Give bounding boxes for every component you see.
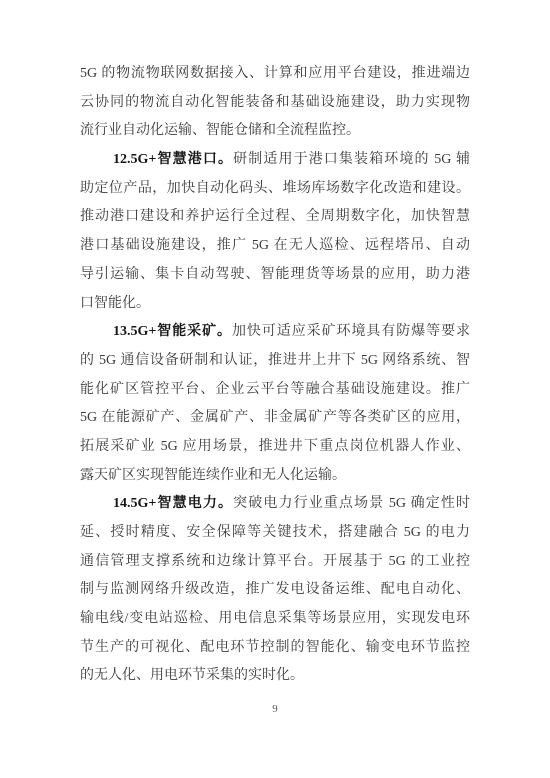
- text-line: 云协同的物流自动化智能装备和基础设施建设，助力实现物: [80, 89, 470, 118]
- text-line: 推动港口建设和养护运行全过程、全周期数字化，加快智慧: [80, 203, 470, 232]
- text-line: 5G 在能源矿产、金属矿产、非金属矿产等各类矿区的应用，: [80, 404, 470, 433]
- paragraph: 12.5G+智慧港口。研制适用于港口集装箱环境的 5G 辅助定位产品，加快自动化…: [80, 146, 470, 318]
- line-text: 云协同的物流自动化智能装备和基础设施建设，助力实现物: [80, 95, 470, 110]
- line-text: 推动港口建设和养护运行全过程、全周期数字化，加快智慧: [80, 209, 470, 224]
- text-line: 延、授时精度、安全保障等关键技术，搭建融合 5G 的电力: [80, 519, 470, 548]
- text-line: 港口基础设施建设，推广 5G 在无人巡检、远程塔吊、自动: [80, 232, 470, 261]
- text-line: 能化矿区管控平台、企业云平台等融合基础设施建设。推广: [80, 376, 470, 405]
- line-text: 研制适用于港口集装箱环境的 5G 辅: [233, 152, 470, 167]
- line-text: 通信管理支撑系统和边缘计算平台。开展基于 5G 的工业控: [80, 554, 470, 569]
- line-text: 的无人化、用电环节采集的实时化。: [80, 668, 304, 683]
- line-text: 口智能化。: [80, 296, 150, 311]
- text-line: 制与监测网络升级改造，推广发电设备运维、配电自动化、: [80, 576, 470, 605]
- line-text: 导引运输、集卡自动驾驶、智能理货等场景的应用，助力港: [80, 267, 470, 282]
- line-text: 节生产的可视化、配电环节控制的智能化、输变电环节监控: [80, 640, 470, 655]
- line-text: 突破电力行业重点场景 5G 确定性时: [233, 496, 470, 511]
- line-text: 助定位产品，加快自动化码头、堆场库场数字化改造和建设。: [80, 181, 470, 196]
- line-text: 5G 的物流物联网数据接入、计算和应用平台建设，推进端边: [80, 66, 470, 81]
- line-text: 能化矿区管控平台、企业云平台等融合基础设施建设。推广: [80, 382, 470, 397]
- line-text: 露天矿区实现智能连续作业和无人化运输。: [80, 468, 346, 483]
- text-line: 14.5G+智慧电力。突破电力行业重点场景 5G 确定性时: [80, 490, 470, 519]
- text-line: 13.5G+智能采矿。加快可适应采矿环境具有防爆等要求: [80, 318, 470, 347]
- clause-heading: 14.5G+智慧电力。: [113, 496, 233, 511]
- clause-heading: 13.5G+智能采矿。: [113, 324, 232, 339]
- line-text: 延、授时精度、安全保障等关键技术，搭建融合 5G 的电力: [80, 525, 470, 540]
- text-line: 的无人化、用电环节采集的实时化。: [80, 662, 470, 691]
- text-line: 的 5G 通信设备研制和认证，推进井上井下 5G 网络系统、智: [80, 347, 470, 376]
- paragraph: 14.5G+智慧电力。突破电力行业重点场景 5G 确定性时延、授时精度、安全保障…: [80, 490, 470, 691]
- text-line: 露天矿区实现智能连续作业和无人化运输。: [80, 462, 470, 491]
- text-line: 通信管理支撑系统和边缘计算平台。开展基于 5G 的工业控: [80, 548, 470, 577]
- text-line: 5G 的物流物联网数据接入、计算和应用平台建设，推进端边: [80, 60, 470, 89]
- line-text: 加快可适应采矿环境具有防爆等要求: [232, 324, 470, 339]
- text-line: 助定位产品，加快自动化码头、堆场库场数字化改造和建设。: [80, 175, 470, 204]
- line-text: 流行业自动化运输、智能仓储和全流程监控。: [80, 123, 360, 138]
- line-text: 的 5G 通信设备研制和认证，推进井上井下 5G 网络系统、智: [80, 353, 470, 368]
- text-line: 12.5G+智慧港口。研制适用于港口集装箱环境的 5G 辅: [80, 146, 470, 175]
- document-body: 5G 的物流物联网数据接入、计算和应用平台建设，推进端边云协同的物流自动化智能装…: [80, 60, 470, 691]
- line-text: 拓展采矿业 5G 应用场景，推进井下重点岗位机器人作业、: [80, 439, 470, 454]
- text-line: 节生产的可视化、配电环节控制的智能化、输变电环节监控: [80, 634, 470, 663]
- line-text: 制与监测网络升级改造，推广发电设备运维、配电自动化、: [80, 582, 470, 597]
- paragraph: 13.5G+智能采矿。加快可适应采矿环境具有防爆等要求的 5G 通信设备研制和认…: [80, 318, 470, 490]
- text-line: 拓展采矿业 5G 应用场景，推进井下重点岗位机器人作业、: [80, 433, 470, 462]
- page-number: 9: [0, 703, 550, 715]
- text-line: 导引运输、集卡自动驾驶、智能理货等场景的应用，助力港: [80, 261, 470, 290]
- line-text: 输电线/变电站巡检、用电信息采集等场景应用，实现发电环: [80, 611, 470, 626]
- clause-heading: 12.5G+智慧港口。: [113, 152, 233, 167]
- text-line: 输电线/变电站巡检、用电信息采集等场景应用，实现发电环: [80, 605, 470, 634]
- text-line: 口智能化。: [80, 290, 470, 319]
- paragraph: 5G 的物流物联网数据接入、计算和应用平台建设，推进端边云协同的物流自动化智能装…: [80, 60, 470, 146]
- line-text: 5G 在能源矿产、金属矿产、非金属矿产等各类矿区的应用，: [80, 410, 470, 425]
- document-page: 5G 的物流物联网数据接入、计算和应用平台建设，推进端边云协同的物流自动化智能装…: [0, 0, 550, 778]
- text-line: 流行业自动化运输、智能仓储和全流程监控。: [80, 117, 470, 146]
- line-text: 港口基础设施建设，推广 5G 在无人巡检、远程塔吊、自动: [80, 238, 470, 253]
